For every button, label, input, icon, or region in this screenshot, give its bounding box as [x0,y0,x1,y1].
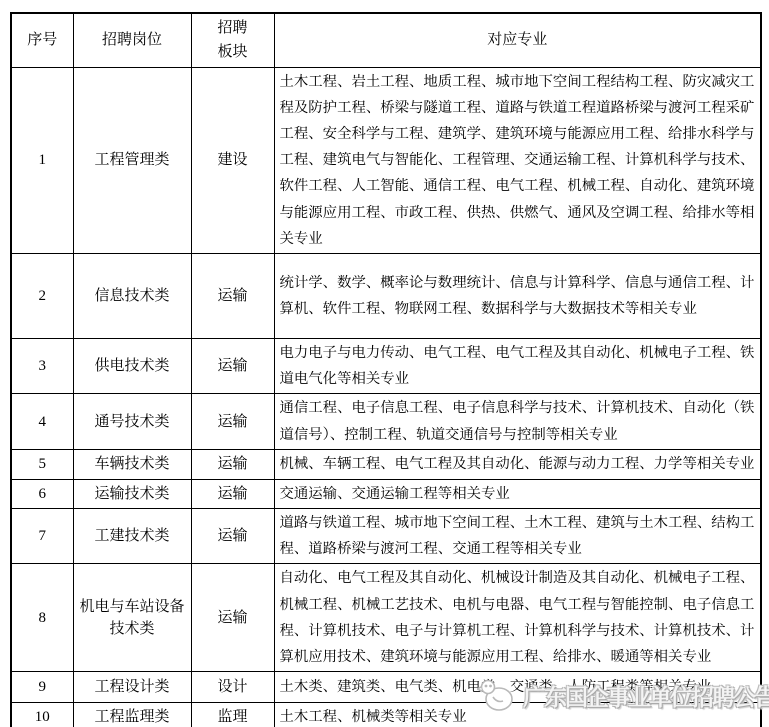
row-majors-cell: 土木工程、机械类等相关专业 [274,703,761,727]
row-position-cell: 工程管理类 [73,67,191,253]
row-index-cell: 8 [11,564,73,672]
row-section-cell: 运输 [191,338,274,393]
table-row: 7工建技术类运输道路与铁道工程、城市地下空间工程、土木工程、建筑与土木工程、结构… [11,508,761,563]
row-index-cell: 5 [11,449,73,479]
row-section-cell: 设计 [191,672,274,703]
row-section-cell: 建设 [191,67,274,253]
row-majors-cell: 道路与铁道工程、城市地下空间工程、土木工程、建筑与土木工程、结构工程、道路桥梁与… [274,508,761,563]
row-position-cell: 工程监理类 [73,703,191,727]
table-row: 6运输技术类运输交通运输、交通运输工程等相关专业 [11,479,761,508]
row-majors-cell: 土木类、建筑类、电气类、机电类、交通类、人防工程类等相关专业 [274,672,761,703]
row-position-cell: 工程设计类 [73,672,191,703]
row-section-cell: 监理 [191,703,274,727]
table-row: 2信息技术类运输统计学、数学、概率论与数理统计、信息与计算科学、信息与通信工程、… [11,253,761,338]
row-majors-cell: 自动化、电气工程及其自动化、机械设计制造及其自动化、机械电子工程、机械工程、机械… [274,564,761,672]
row-position-cell: 车辆技术类 [73,449,191,479]
row-index-cell: 9 [11,672,73,703]
row-majors-cell: 土木工程、岩土工程、地质工程、城市地下空间工程结构工程、防灾减灾工程及防护工程、… [274,67,761,253]
row-index-cell: 3 [11,338,73,393]
row-position-cell: 机电与车站设备技术类 [73,564,191,672]
row-section-cell: 运输 [191,564,274,672]
table-row: 4通号技术类运输通信工程、电子信息工程、电子信息科学与技术、计算机技术、自动化（… [11,394,761,449]
row-section-cell: 运输 [191,449,274,479]
table-row: 1工程管理类建设土木工程、岩土工程、地质工程、城市地下空间工程结构工程、防灾减灾… [11,67,761,253]
table-row: 3供电技术类运输电力电子与电力传动、电气工程、电气工程及其自动化、机械电子工程、… [11,338,761,393]
row-position-cell: 信息技术类 [73,253,191,338]
row-position-cell: 工建技术类 [73,508,191,563]
row-position-cell: 通号技术类 [73,394,191,449]
table-row: 10工程监理类监理土木工程、机械类等相关专业 [11,703,761,727]
row-section-cell: 运输 [191,394,274,449]
row-index-cell: 6 [11,479,73,508]
recruitment-table: 序号 招聘岗位 招聘 板块 对应专业 1工程管理类建设土木工程、岩土工程、地质工… [10,12,762,727]
row-position-cell: 运输技术类 [73,479,191,508]
header-section: 招聘 板块 [191,13,274,67]
row-majors-cell: 交通运输、交通运输工程等相关专业 [274,479,761,508]
row-index-cell: 4 [11,394,73,449]
row-index-cell: 2 [11,253,73,338]
header-row: 序号 招聘岗位 招聘 板块 对应专业 [11,13,761,67]
row-section-cell: 运输 [191,479,274,508]
row-position-cell: 供电技术类 [73,338,191,393]
table-row: 8机电与车站设备技术类运输自动化、电气工程及其自动化、机械设计制造及其自动化、机… [11,564,761,672]
row-index-cell: 1 [11,67,73,253]
table-body: 1工程管理类建设土木工程、岩土工程、地质工程、城市地下空间工程结构工程、防灾减灾… [11,67,761,727]
row-majors-cell: 机械、车辆工程、电气工程及其自动化、能源与动力工程、力学等相关专业 [274,449,761,479]
header-majors: 对应专业 [274,13,761,67]
row-section-cell: 运输 [191,253,274,338]
row-majors-cell: 通信工程、电子信息工程、电子信息科学与技术、计算机技术、自动化（铁道信号）、控制… [274,394,761,449]
header-index: 序号 [11,13,73,67]
row-majors-cell: 电力电子与电力传动、电气工程、电气工程及其自动化、机械电子工程、铁道电气化等相关… [274,338,761,393]
table-row: 5车辆技术类运输机械、车辆工程、电气工程及其自动化、能源与动力工程、力学等相关专… [11,449,761,479]
row-index-cell: 7 [11,508,73,563]
header-position: 招聘岗位 [73,13,191,67]
row-majors-cell: 统计学、数学、概率论与数理统计、信息与计算科学、信息与通信工程、计算机、软件工程… [274,253,761,338]
row-section-cell: 运输 [191,508,274,563]
table-row: 9工程设计类设计土木类、建筑类、电气类、机电类、交通类、人防工程类等相关专业 [11,672,761,703]
row-index-cell: 10 [11,703,73,727]
